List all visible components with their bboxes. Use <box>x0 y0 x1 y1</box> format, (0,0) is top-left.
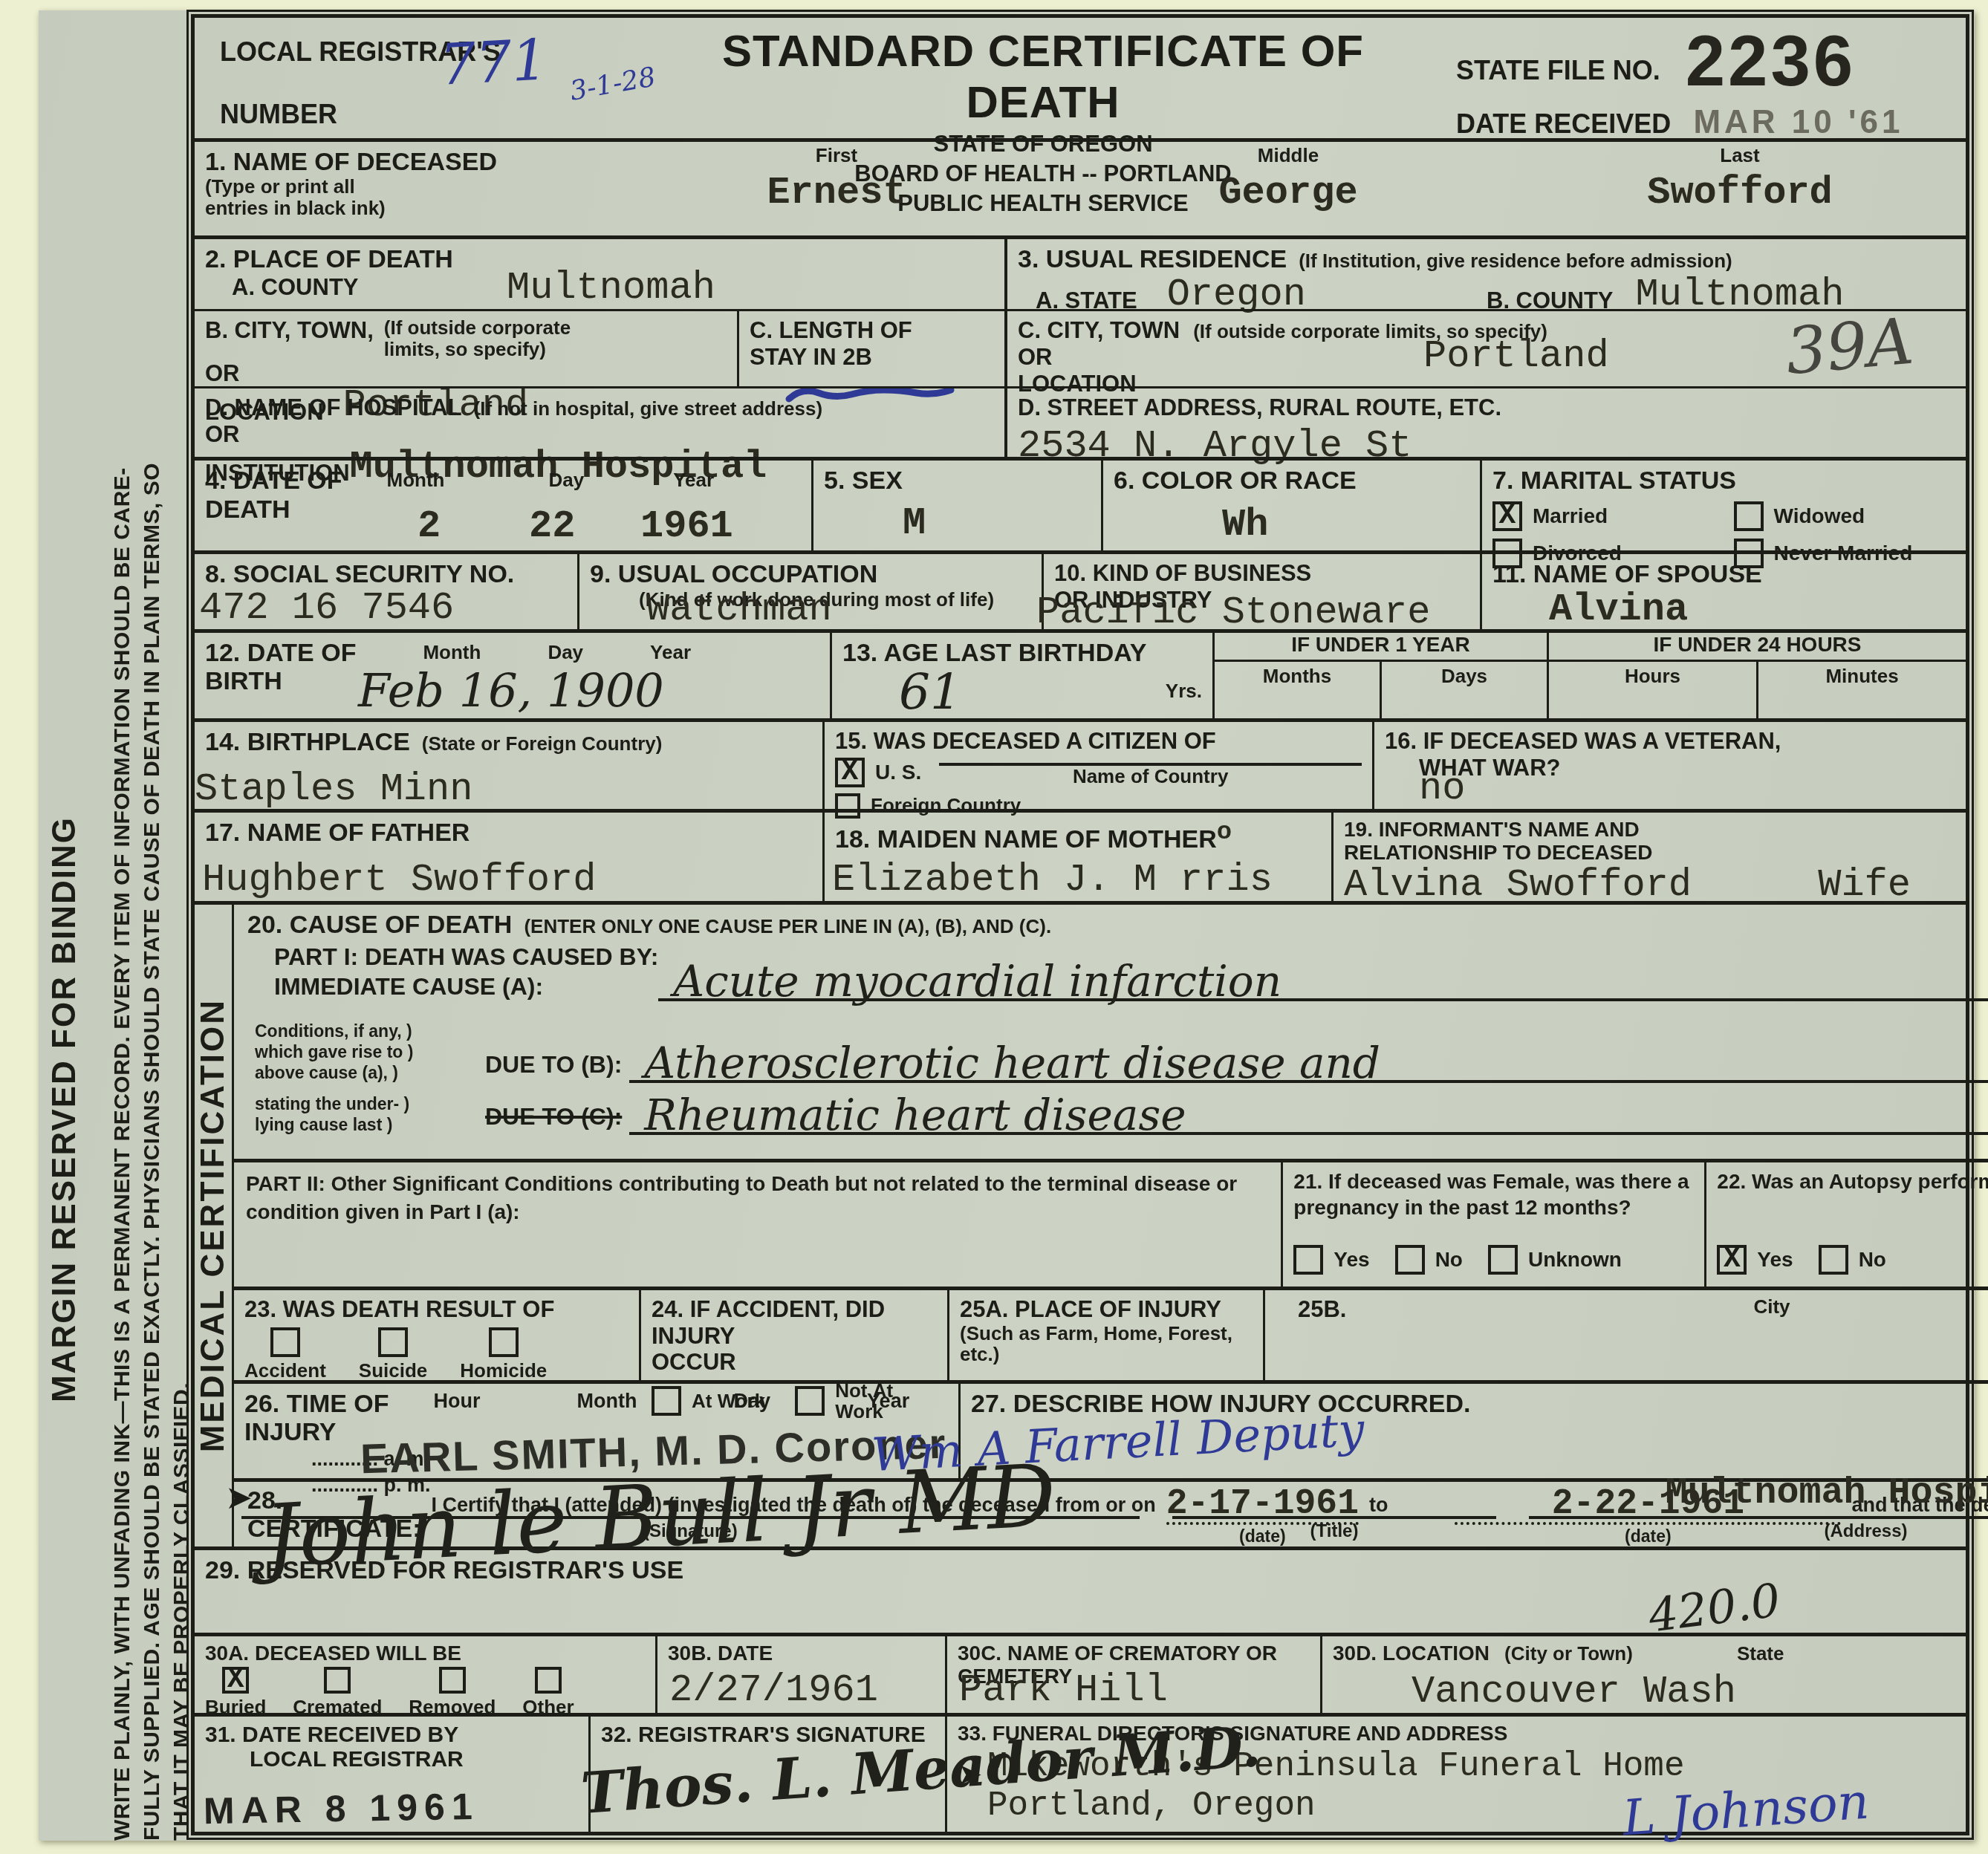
homicide-checkbox <box>489 1327 519 1357</box>
section-4-7: 4. DATE OFDEATH Month Day Year 2 22 1961… <box>195 457 1966 550</box>
residence-county-value: Multnomah <box>1636 276 1845 314</box>
state-file-no-value: 2236 <box>1686 31 1857 92</box>
address-line: Multnomah Hospital (Address) <box>1529 1516 1988 1542</box>
birthplace-value: Staples Minn <box>195 770 472 809</box>
under-1-year-label: IF UNDER 1 YEAR <box>1215 633 1547 662</box>
section-9-occupation: 9. USUAL OCCUPATION (Kind of work done d… <box>577 554 1042 628</box>
city-header: City <box>1753 1296 1790 1323</box>
physician-address: Multnomah Hospital <box>1665 1475 1988 1512</box>
removed-checkbox <box>439 1667 466 1694</box>
section-30c-cemetery: 30C. NAME OF CREMATORY OR CEMETERY Park … <box>945 1636 1320 1713</box>
pregnancy-unknown-checkbox <box>1488 1245 1518 1275</box>
section-17-19: 17. NAME OF FATHER Hughbert Swofford 18.… <box>195 809 1966 901</box>
pregnancy-no-checkbox <box>1395 1245 1425 1275</box>
birthplace-label: 14. BIRTHPLACE <box>205 728 410 756</box>
first-name: First Ernest <box>611 142 1062 235</box>
immediate-cause-writein: Acute myocardial infarction <box>658 955 1988 1001</box>
section-24-injury-at-work: 24. IF ACCIDENT, DID INJURYOCCUR At Work… <box>639 1290 947 1380</box>
section-25a-place-of-injury: 25A. PLACE OF INJURY (Such as Farm, Home… <box>947 1290 1263 1380</box>
section-2-place-of-death: 2. PLACE OF DEATH A. COUNTY Multnomah B.… <box>195 239 1004 457</box>
section-3-usual-residence: 3. USUAL RESIDENCE (If Institution, give… <box>1004 239 1966 457</box>
veteran-value: no <box>1419 770 1465 808</box>
due-to-b-writein: Atherosclerotic heart disease and <box>629 1037 1988 1083</box>
first-label: First <box>621 145 1052 166</box>
pregnancy-yes-checkbox <box>1293 1245 1323 1275</box>
local-number-value: 771 <box>438 31 549 93</box>
city-town-block: B. CITY, TOWN, (If outside corporatelimi… <box>195 311 737 386</box>
married-checkbox: X <box>1492 501 1522 531</box>
days-label: Days <box>1380 662 1547 718</box>
buried-checkbox: X <box>222 1667 249 1694</box>
us-citizen-checkbox: X <box>835 758 865 787</box>
yrs-label: Yrs. <box>842 680 1202 702</box>
death-result-label: 23. WAS DEATH RESULT OF <box>244 1296 628 1323</box>
section-31-date-received: 31. DATE RECEIVED BYLOCAL REGISTRAR MAR … <box>195 1717 588 1832</box>
section-14-16: 14. BIRTHPLACE (State or Foreign Country… <box>195 718 1966 809</box>
section-30d-location: 30D. LOCATION (City or Town) State Vanco… <box>1320 1636 1966 1713</box>
section-4-date-of-death: 4. DATE OFDEATH Month Day Year 2 22 1961 <box>195 461 811 550</box>
immediate-cause-value: Acute myocardial infarction <box>673 956 1282 1006</box>
autopsy-yes-checkbox: X <box>1717 1245 1747 1275</box>
place-of-injury-label: 25A. PLACE OF INJURY <box>960 1296 1253 1323</box>
certificate-paper: MARGIN RESERVED FOR BINDING WRITE PLAINL… <box>39 10 1975 1841</box>
date-received-stamp: MAR 10 '61 <box>1693 104 1903 141</box>
informant-value: Alvina Swofford <box>1344 866 1692 905</box>
margin-instructions: WRITE PLAINLY, WITH UNFADING INK—THIS IS… <box>110 10 195 1841</box>
death-year-value: 1961 <box>640 507 733 546</box>
section-27-describe-injury: 27. DESCRIBE HOW INJURY OCCURRED. Wm A F… <box>958 1384 1988 1478</box>
location-label-30d: 30D. LOCATION <box>1333 1642 1490 1665</box>
birth-date-value: Feb 16, 1900 <box>358 668 664 714</box>
section-30b-date: 30B. DATE 2/27/1961 <box>655 1636 945 1713</box>
section-20-cause-of-death: 20. CAUSE OF DEATH (ENTER ONLY ONE CAUSE… <box>234 905 1988 1159</box>
section-13-age: 13. AGE LAST BIRTHDAY Yrs. 61 <box>830 633 1212 718</box>
title-block: STANDARD CERTIFICATE OF DEATH STATE OF O… <box>640 18 1446 138</box>
section-25b-city-county-state: 25B. City County State <box>1263 1290 1988 1380</box>
file-number-block: STATE FILE NO. 2236 DATE RECEIVED MAR 10… <box>1446 18 1966 138</box>
widowed-checkbox <box>1734 501 1764 531</box>
margin-instruction-line: FULLY SUPPLIED. AGE SHOULD BE STATED EXA… <box>140 10 165 1841</box>
business-value: Pacific Stoneware <box>1036 593 1431 632</box>
cemetery-value: Park Hill <box>959 1671 1168 1710</box>
occupation-value: Watchman <box>646 591 832 629</box>
street-address-label: D. STREET ADDRESS, RURAL ROUTE, ETC. <box>1018 394 1955 421</box>
age-value: 61 <box>899 668 961 717</box>
length-of-stay: C. LENGTH OFSTAY IN 2B <box>737 311 1004 386</box>
suicide-checkbox <box>378 1327 408 1357</box>
due-to-b-label: DUE TO (B): <box>485 1051 622 1079</box>
binding-margin-label: MARGIN RESERVED FOR BINDING <box>46 816 83 1402</box>
city-label: B. CITY, TOWN, <box>205 317 374 344</box>
part-2-21-22: PART II: Other Significant Conditions co… <box>234 1159 1988 1287</box>
accident-checkbox <box>270 1327 300 1357</box>
middle-label: Middle <box>1073 145 1504 166</box>
name-note: entries in black ink) <box>205 198 600 219</box>
marital-status-label: 7. MARITAL STATUS <box>1492 466 1955 495</box>
months-label: Months <box>1215 662 1380 718</box>
father-label: 17. NAME OF FATHER <box>205 819 812 847</box>
section-15-citizen: 15. WAS DECEASED A CITIZEN OF XU. S. Nam… <box>822 722 1372 809</box>
section-7-marital-status: 7. MARITAL STATUS XMarried Widowed Divor… <box>1480 461 1966 550</box>
county-label: A. COUNTY <box>232 274 453 301</box>
due-to-c-writein: Rheumatic heart disease <box>629 1089 1988 1135</box>
section-12-13: 12. DATE OFBIRTH Month Day Year Feb 16, … <box>195 629 1966 718</box>
last-name-value: Swofford <box>1647 174 1833 212</box>
usual-residence-label: 3. USUAL RESIDENCE <box>1018 245 1287 273</box>
cause-of-death-label: 20. CAUSE OF DEATH <box>247 911 512 939</box>
usual-residence-note: (If Institution, give residence before a… <box>1299 250 1732 272</box>
section-28-certificate: 28. CERTIFICATE: I Certify that I (atten… <box>234 1478 1988 1546</box>
name-of-country-label: Name of Country <box>939 763 1362 787</box>
due-to-c-value: Rheumatic heart disease <box>644 1090 1186 1140</box>
citizen-label: 15. WAS DECEASED A CITIZEN OF <box>835 728 1362 755</box>
middle-name-value: George <box>1218 174 1357 212</box>
section-23-25: 23. WAS DEATH RESULT OF Accident Suicide… <box>234 1287 1988 1380</box>
other-checkbox <box>535 1667 562 1694</box>
under-24-hours-label: IF UNDER 24 HOURS <box>1549 633 1966 662</box>
name-note: (Type or print all <box>205 176 600 198</box>
residence-city-value: Portland <box>1423 337 1609 376</box>
section-11-spouse: 11. NAME OF SPOUSE Alvina <box>1480 554 1966 628</box>
stray-typed-o: o <box>1217 819 1232 847</box>
hospital-note: (If not in hospital, give street address… <box>474 398 823 420</box>
section-5-sex: 5. SEX M <box>811 461 1101 550</box>
race-value: Wh <box>1222 506 1268 544</box>
section-30: 30A. DECEASED WILL BE XBuried Cremated R… <box>195 1633 1966 1713</box>
section-26-27: 26. TIME OFINJURY HourMonthDayYear .....… <box>234 1380 1988 1478</box>
due-to-c-label: DUE TO (C): <box>485 1103 622 1131</box>
middle-name: Middle George <box>1062 142 1514 235</box>
section-31-33: 31. DATE RECEIVED BYLOCAL REGISTRAR MAR … <box>195 1713 1966 1832</box>
if-under-24-hours: IF UNDER 24 HOURS Hours Minutes <box>1547 633 1966 718</box>
age-label: 13. AGE LAST BIRTHDAY <box>842 639 1202 667</box>
disposition-date-value: 2/27/1961 <box>669 1671 878 1710</box>
death-day-value: 22 <box>529 507 575 546</box>
residence-city: C. CITY, TOWN (If outside corporate limi… <box>1007 309 1966 386</box>
autopsy-no-checkbox <box>1819 1245 1848 1275</box>
county-value: Multnomah <box>507 269 715 308</box>
section-30a-disposition: 30A. DECEASED WILL BE XBuried Cremated R… <box>195 1636 655 1713</box>
occupation-label: 9. USUAL OCCUPATION <box>590 560 1031 588</box>
first-name-value: Ernest <box>767 174 906 212</box>
mother-value: Elizabeth J. M rris <box>832 861 1273 900</box>
section-1-name-of-deceased: 1. NAME OF DECEASED (Type or print all e… <box>195 138 1966 235</box>
section-21-pregnancy: 21. If deceased was Female, was there a … <box>1281 1162 1704 1287</box>
name-label-block: 1. NAME OF DECEASED (Type or print all e… <box>195 142 611 235</box>
due-to-b-value: Atherosclerotic heart disease and <box>644 1038 1380 1088</box>
residence-state-county: 3. USUAL RESIDENCE (If Institution, give… <box>1007 239 1966 309</box>
race-label: 6. COLOR OR RACE <box>1114 466 1469 495</box>
section-32-registrar-signature: 32. REGISTRAR'S SIGNATURE Thos. L. Meado… <box>588 1717 945 1832</box>
local-registrar-number: LOCAL REGISTRAR'S NUMBER 771 3-1-28 <box>195 18 640 138</box>
last-label: Last <box>1524 145 1955 166</box>
medical-certification-block: MEDICAL CERTIFICATION 20. CAUSE OF DEATH… <box>195 901 1966 1546</box>
residence-street: D. STREET ADDRESS, RURAL ROUTE, ETC. 253… <box>1007 386 1966 461</box>
disposition-label: 30A. DECEASED WILL BE <box>205 1642 645 1665</box>
minutes-label: Minutes <box>1756 662 1966 718</box>
spouse-label: 11. NAME OF SPOUSE <box>1492 560 1955 588</box>
sex-value: M <box>903 504 926 543</box>
death-month-value: 2 <box>418 507 441 546</box>
section-19-informant: 19. INFORMANT'S NAME ANDRELATIONSHIP TO … <box>1331 813 1966 901</box>
informant-relationship: Wife <box>1818 866 1911 905</box>
location-value-30d: Vancouver Wash <box>1412 1673 1736 1711</box>
signature-arrow: ➤ <box>225 1479 253 1517</box>
section-2-3-place-residence: 2. PLACE OF DEATH A. COUNTY Multnomah B.… <box>195 235 1966 457</box>
registrar-code-value: 420.0 <box>1646 1578 1782 1639</box>
marital-option-widowed: Widowed <box>1734 501 1956 531</box>
ward-number-handwritten: 39A <box>1784 310 1916 385</box>
margin-instruction-line: WRITE PLAINLY, WITH UNFADING INK—THIS IS… <box>110 10 135 1841</box>
date-received-local-stamp: MAR 8 1961 <box>204 1785 480 1832</box>
date-received-label: DATE RECEIVED <box>1456 109 1671 139</box>
disposition-date-label: 30B. DATE <box>668 1642 935 1665</box>
describe-injury-label: 27. DESCRIBE HOW INJURY OCCURRED. <box>971 1390 1988 1418</box>
section-6-color-or-race: 6. COLOR OR RACE Wh <box>1101 461 1480 550</box>
section-14-birthplace: 14. BIRTHPLACE (State or Foreign Country… <box>195 722 822 809</box>
place-of-death-county: 2. PLACE OF DEATH A. COUNTY Multnomah <box>195 239 1004 309</box>
hospital-label: D. NAME OF HOSPITAL <box>205 394 462 421</box>
section-8-social-security: 8. SOCIAL SECURITY NO. 472 16 7546 <box>195 554 577 628</box>
section-18-mother: 18. MAIDEN NAME OF MOTHERo Elizabeth J. … <box>822 813 1331 901</box>
medical-certification-strip: MEDICAL CERTIFICATION <box>195 905 234 1546</box>
local-registrar-label: LOCAL REGISTRAR'S <box>220 37 640 67</box>
or-label: OR <box>205 360 727 387</box>
part-2-text: PART II: Other Significant Conditions co… <box>234 1162 1281 1287</box>
last-name: Last Swofford <box>1514 142 1966 235</box>
section-23-death-result: 23. WAS DEATH RESULT OF Accident Suicide… <box>234 1290 639 1380</box>
state-file-no-label: STATE FILE NO. <box>1456 56 1660 85</box>
residence-city-label: C. CITY, TOWN <box>1018 317 1180 344</box>
ssn-value: 472 16 7546 <box>199 589 454 628</box>
hours-label: Hours <box>1549 662 1756 718</box>
place-of-death-hospital: D. NAME OF HOSPITAL (If not in hospital,… <box>195 386 1004 461</box>
page-title: STANDARD CERTIFICATE OF DEATH <box>651 25 1435 128</box>
father-value: Hughbert Swofford <box>202 861 597 900</box>
state-value: Oregon <box>1167 276 1306 314</box>
spouse-value: Alvina <box>1549 591 1688 629</box>
binding-margin: MARGIN RESERVED FOR BINDING WRITE PLAINL… <box>39 10 191 1841</box>
medical-certification-label: MEDICAL CERTIFICATION <box>195 998 232 1452</box>
header: LOCAL REGISTRAR'S NUMBER 771 3-1-28 STAN… <box>195 18 1966 138</box>
ssn-label: 8. SOCIAL SECURITY NO. <box>205 560 567 588</box>
place-of-death-label: 2. PLACE OF DEATH <box>205 245 453 273</box>
section-16-veteran: 16. IF DECEASED WAS A VETERAN,WHAT WAR? … <box>1372 722 1966 809</box>
section-22-autopsy: 22. Was an Autopsy performed? XYes No <box>1704 1162 1988 1287</box>
sex-label: 5. SEX <box>824 466 1091 495</box>
marital-option-married: XMarried <box>1492 501 1715 531</box>
place-of-death-city: B. CITY, TOWN, (If outside corporatelimi… <box>195 309 1004 386</box>
section-10-business: 10. KIND OF BUSINESSOR INDUSTRY Pacific … <box>1042 554 1480 628</box>
cremated-checkbox <box>324 1667 351 1694</box>
section-8-11: 8. SOCIAL SECURITY NO. 472 16 7546 9. US… <box>195 550 1966 628</box>
death-certificate-form: LOCAL REGISTRAR'S NUMBER 771 3-1-28 STAN… <box>191 14 1969 1835</box>
name-label: 1. NAME OF DECEASED <box>205 148 600 176</box>
if-under-1-year: IF UNDER 1 YEAR Months Days <box>1212 633 1547 718</box>
title-line: (Title) <box>1172 1516 1496 1542</box>
section-12-date-of-birth: 12. DATE OFBIRTH Month Day Year Feb 16, … <box>195 633 830 718</box>
section-17-father: 17. NAME OF FATHER Hughbert Swofford <box>195 813 822 901</box>
funeral-director-signature: L Johnson <box>1621 1777 1871 1843</box>
